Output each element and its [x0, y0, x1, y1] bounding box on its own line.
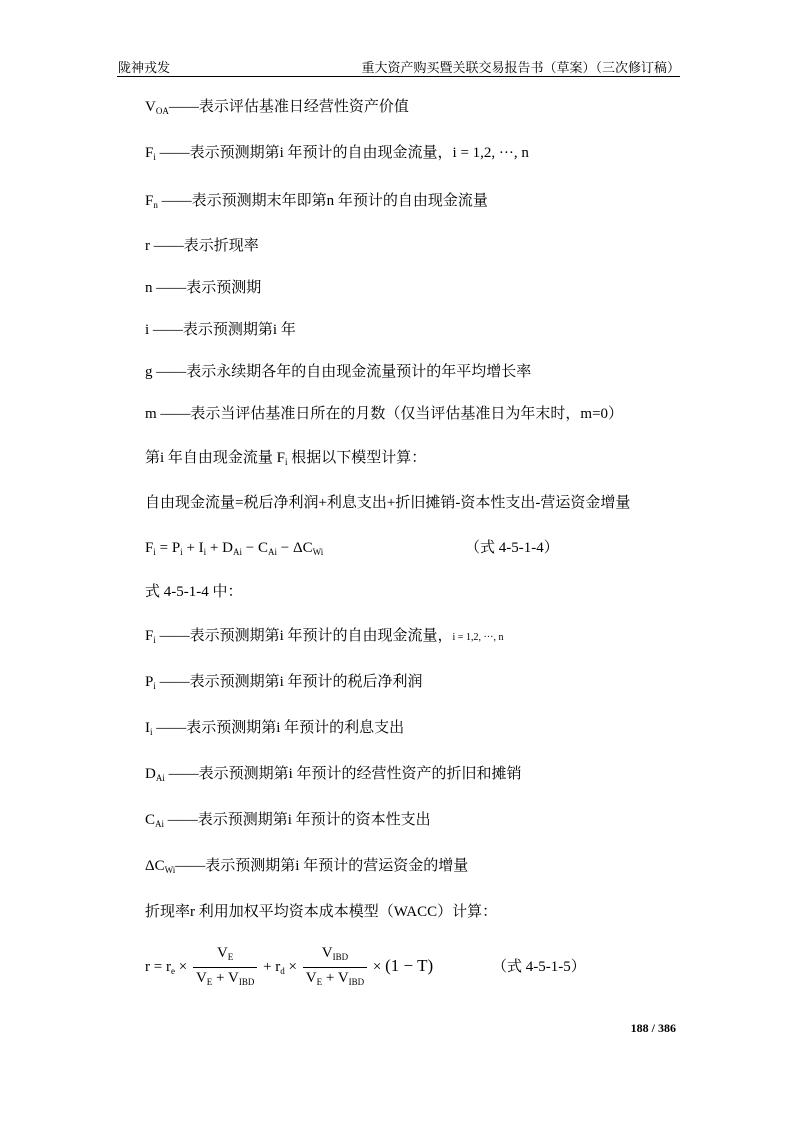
- fraction-debt-weight: VIBD VE + VIBD: [303, 944, 367, 991]
- tax-shield-term: (1 − T): [385, 956, 433, 975]
- text: 根据以下模型计算：: [288, 450, 427, 466]
- term: V: [228, 970, 239, 986]
- definition-text: ——表示预测期: [153, 280, 262, 296]
- definition-text: ——表示预测期末年即第n 年预计的自由现金流量: [158, 193, 488, 209]
- definition-text: ——表示预测期第i 年预计的利息支出: [153, 720, 405, 736]
- paragraph-fcf-formula-text: 自由现金流量=税后净利润+利息支出+折旧摊销-资本性支出-营运资金增量: [145, 493, 630, 513]
- numerator: VIBD: [303, 944, 367, 968]
- definition-text: ——表示预测期第i 年预计的税后净利润: [156, 674, 423, 690]
- definition-text: ——表示折现率: [150, 238, 259, 254]
- header-document-title: 重大资产购买暨关联交易报告书（草案）（三次修订稿）: [361, 57, 680, 76]
- numerator: VE: [193, 944, 257, 968]
- operator: +: [206, 540, 222, 556]
- definition-text: ——表示当评估基准日所在的月数（仅当评估基准日为年末时，m=0）: [157, 406, 623, 422]
- operator: ×: [369, 959, 385, 975]
- denominator: VE + VIBD: [193, 968, 257, 991]
- definition-ii: Ii ——表示预测期第i 年预计的利息支出: [145, 718, 404, 742]
- symbol: m: [145, 406, 157, 422]
- index-range: i = 1,2, ···, n: [453, 632, 504, 643]
- symbol: g: [145, 364, 153, 380]
- definition-dai: DAi ——表示预测期第i 年预计的经营性资产的折旧和摊销: [145, 764, 522, 788]
- fraction-equity-weight: VE VE + VIBD: [193, 944, 257, 991]
- definition-text: ——表示预测期第i 年预计的资本性支出: [164, 812, 431, 828]
- equation-tag-4-5-1-4: （式 4-5-1-4）: [465, 538, 559, 558]
- operator: −: [242, 540, 258, 556]
- equation-4-5-1-5: r = re × VE VE + VIBD + rd × VIBD VE + V…: [145, 944, 433, 991]
- subscript: E: [228, 952, 234, 962]
- equation-4-5-1-4: Fi = Pi + Ii + DAi − CAi − ΔCWi: [145, 538, 323, 562]
- subscript: Ai: [156, 773, 165, 783]
- definition-g: g ——表示永续期各年的自由现金流量预计的年平均增长率: [145, 362, 531, 382]
- term: V: [196, 970, 207, 986]
- term: V: [306, 970, 317, 986]
- definition-text: ——表示预测期第i 年预计的自由现金流量，: [156, 628, 453, 644]
- equation-tag-4-5-1-5: （式 4-5-1-5）: [492, 957, 586, 977]
- operator: −: [277, 540, 293, 556]
- symbol: F: [277, 450, 285, 466]
- definition-delta-cwi: ΔCWi——表示预测期第i 年预计的营运资金的增量: [145, 856, 468, 880]
- definition-n: n ——表示预测期: [145, 278, 261, 298]
- operator: ×: [175, 959, 191, 975]
- index-range: i = 1,2, ···, n: [453, 145, 529, 161]
- definition-cai: CAi ——表示预测期第i 年预计的资本性支出: [145, 810, 431, 834]
- definition-text: ——表示预测期第i 年预计的自由现金流量，: [156, 145, 453, 161]
- operator: ×: [285, 959, 301, 975]
- paragraph-in-equation: 式 4-5-1-4 中：: [145, 582, 243, 602]
- definition-r: r ——表示折现率: [145, 236, 259, 256]
- term: D: [222, 540, 233, 556]
- definition-text: ——表示永续期各年的自由现金流量预计的年平均增长率: [153, 364, 532, 380]
- definition-text: ——表示预测期第i 年: [149, 322, 296, 338]
- term: ΔC: [293, 540, 313, 556]
- definition-text: ——表示评估基准日经营性资产价值: [169, 99, 409, 115]
- definition-m: m ——表示当评估基准日所在的月数（仅当评估基准日为年末时，m=0）: [145, 404, 623, 424]
- page-number: 188 / 386: [631, 1021, 676, 1036]
- operator: +: [212, 970, 228, 986]
- symbol: n: [145, 280, 153, 296]
- subscript: Wi: [165, 865, 176, 875]
- definition-text: ——表示预测期第i 年预计的营运资金的增量: [175, 858, 468, 874]
- symbol: ΔC: [145, 858, 165, 874]
- paragraph-fi-intro: 第i 年自由现金流量 Fi 根据以下模型计算：: [145, 448, 426, 472]
- definition-fn: Fn ——表示预测期末年即第n 年预计的自由现金流量: [145, 191, 488, 215]
- paragraph-wacc: 折现率r 利用加权平均资本成本模型（WACC）计算：: [145, 902, 497, 922]
- page-header: 陇神戎发 重大资产购买暨关联交易报告书（草案）（三次修订稿）: [117, 55, 680, 77]
- subscript: OA: [156, 106, 169, 116]
- denominator: VE + VIBD: [303, 968, 367, 991]
- operator: =: [160, 540, 172, 556]
- definition-fi-2: Fi ——表示预测期第i 年预计的自由现金流量，i = 1,2, ···, n: [145, 626, 503, 650]
- term: C: [258, 540, 268, 556]
- header-company: 陇神戎发: [118, 57, 170, 76]
- term: P: [172, 540, 180, 556]
- subscript: i: [153, 547, 156, 557]
- term: V: [217, 945, 228, 961]
- operator: +: [322, 970, 338, 986]
- subscript: Ai: [233, 547, 242, 557]
- symbol: C: [145, 812, 155, 828]
- definition-fi: Fi ——表示预测期第i 年预计的自由现金流量，i = 1,2, ···, n: [145, 143, 529, 167]
- definition-text: ——表示预测期第i 年预计的经营性资产的折旧和摊销: [165, 766, 522, 782]
- subscript: IBD: [349, 977, 365, 987]
- subscript: Ai: [155, 819, 164, 829]
- term: V: [322, 945, 333, 961]
- term: V: [338, 970, 349, 986]
- definition-i: i ——表示预测期第i 年: [145, 320, 296, 340]
- operator: =: [150, 959, 166, 975]
- symbol: D: [145, 766, 156, 782]
- text: 第i 年自由现金流量: [145, 450, 277, 466]
- definition-voa: VOA——表示评估基准日经营性资产价值: [145, 97, 409, 121]
- operator: +: [183, 540, 199, 556]
- symbol: V: [145, 99, 156, 115]
- operator: +: [259, 959, 275, 975]
- definition-pi: Pi ——表示预测期第i 年预计的税后净利润: [145, 672, 423, 696]
- subscript: IBD: [239, 977, 255, 987]
- subscript: IBD: [333, 952, 349, 962]
- subscript: Ai: [268, 547, 277, 557]
- subscript: Wi: [313, 547, 324, 557]
